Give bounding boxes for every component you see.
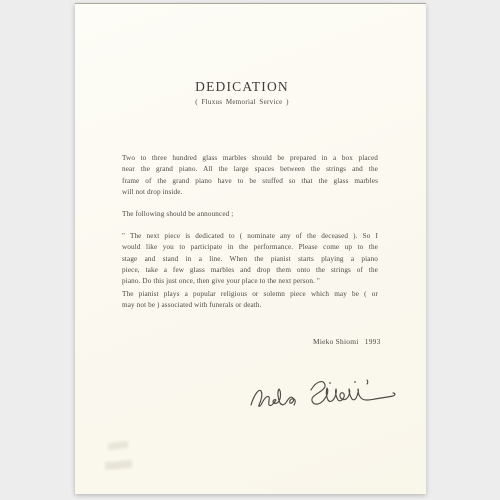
paper-sheet: DEDICATION ( Fluxus Memorial Service ) T… bbox=[75, 3, 426, 494]
paragraph-announcement-quote: " The next piece is dedicated to ( nomin… bbox=[122, 231, 378, 287]
text-line: may not be ) associated with funerals or… bbox=[122, 300, 378, 311]
handwritten-signature bbox=[247, 376, 399, 416]
scanned-page-scene: DEDICATION ( Fluxus Memorial Service ) T… bbox=[0, 0, 500, 500]
signature-ink-icon bbox=[247, 376, 399, 416]
text-line: would like you to participate in the per… bbox=[122, 242, 378, 253]
text-line: The pianist plays a popular religious or… bbox=[122, 289, 378, 300]
paragraph-instructions: Two to three hundred glass marbles shoul… bbox=[122, 153, 378, 198]
page-title: DEDICATION bbox=[114, 80, 370, 94]
page-subtitle: ( Fluxus Memorial Service ) bbox=[114, 98, 370, 106]
text-line: near the grand piano. All the large spac… bbox=[122, 164, 378, 175]
text-line: " The next piece is dedicated to ( nomin… bbox=[122, 231, 378, 242]
paragraph-pianist: The pianist plays a popular religious or… bbox=[122, 289, 378, 312]
text-line: stage and stand in a line. When the pian… bbox=[122, 254, 378, 265]
title-block: DEDICATION ( Fluxus Memorial Service ) bbox=[114, 80, 370, 106]
announcement-lead-in: The following should be announced ; bbox=[122, 209, 378, 220]
author-and-year: Mieko Shiomi 1993 bbox=[313, 337, 381, 346]
text-line: frame of the grand piano have to be stuf… bbox=[122, 176, 378, 187]
text-line: Two to three hundred glass marbles shoul… bbox=[122, 153, 378, 164]
text-line: will not drop inside. bbox=[122, 187, 378, 198]
text-line: piece, take a few glass marbles and drop… bbox=[122, 265, 378, 276]
faint-pencil-mark bbox=[105, 460, 133, 470]
faint-pencil-mark bbox=[108, 441, 129, 451]
text-line: piano. Do this just once, then give your… bbox=[122, 276, 378, 287]
